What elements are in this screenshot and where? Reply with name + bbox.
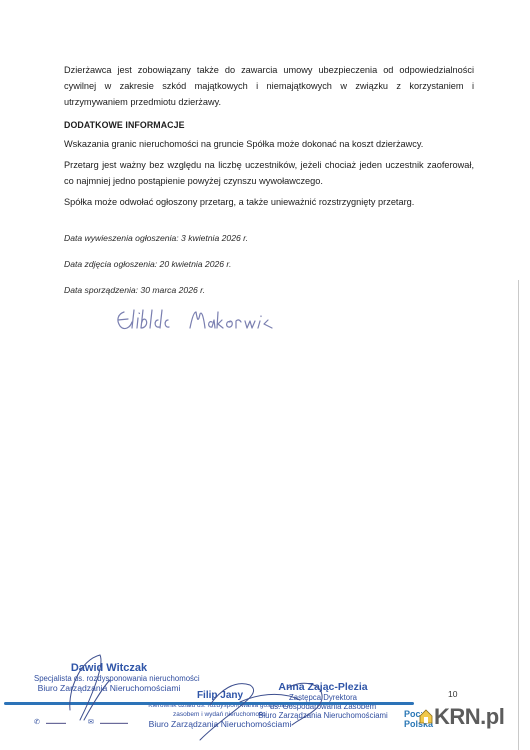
phone-icon: ✆ xyxy=(34,718,40,726)
date-posted: Data wywieszenia ogłoszenia: 3 kwietnia … xyxy=(64,233,248,243)
info-paragraph-cancellation: Spółka może odwołać ogłoszony przetarg, … xyxy=(64,194,474,210)
document-body: Dzierżawca jest zobowiązany także do zaw… xyxy=(64,62,474,210)
contact-email: ▬▬▬▬▬▬▬ xyxy=(100,720,128,725)
info-paragraph-validity: Przetarg jest ważny bez względu na liczb… xyxy=(64,157,474,189)
signatory-2-org: Biuro Zarządzania Nieruchomościami xyxy=(140,719,300,729)
signatory-3-org: Biuro Zarządzania Nieruchomościami xyxy=(248,711,398,720)
section-heading: DODATKOWE INFORMACJE xyxy=(64,120,474,130)
signatory-1-name: Dawid Witczak xyxy=(34,662,184,674)
signatory-3-role: Zastępca Dyrektora xyxy=(248,693,398,702)
page-edge xyxy=(518,280,519,750)
date-removed: Data zdjęcia ogłoszenia: 20 kwietnia 202… xyxy=(64,259,231,269)
page-number: 10 xyxy=(448,689,457,699)
signatory-1-role: Specjalista ds. rozdysponowania nierucho… xyxy=(34,674,184,683)
signatory-3: Anna Zając-Plezia Zastępca Dyrektora ds.… xyxy=(248,681,398,720)
footer-divider xyxy=(4,702,414,705)
signatory-1: Dawid Witczak Specjalista ds. rozdyspono… xyxy=(34,662,184,693)
email-icon: ✉ xyxy=(88,718,94,726)
signatory-3-name: Anna Zając-Plezia xyxy=(248,681,398,693)
date-prepared: Data sporządzenia: 30 marca 2026 r. xyxy=(64,285,205,295)
insurance-paragraph: Dzierżawca jest zobowiązany także do zaw… xyxy=(64,62,474,110)
house-icon xyxy=(419,709,433,724)
krn-watermark: KRN.pl xyxy=(434,704,504,730)
contact-phone: ▬▬▬▬▬ xyxy=(46,720,66,725)
handwritten-signature xyxy=(112,306,322,336)
info-paragraph-boundaries: Wskazania granic nieruchomości na grunci… xyxy=(64,136,474,152)
